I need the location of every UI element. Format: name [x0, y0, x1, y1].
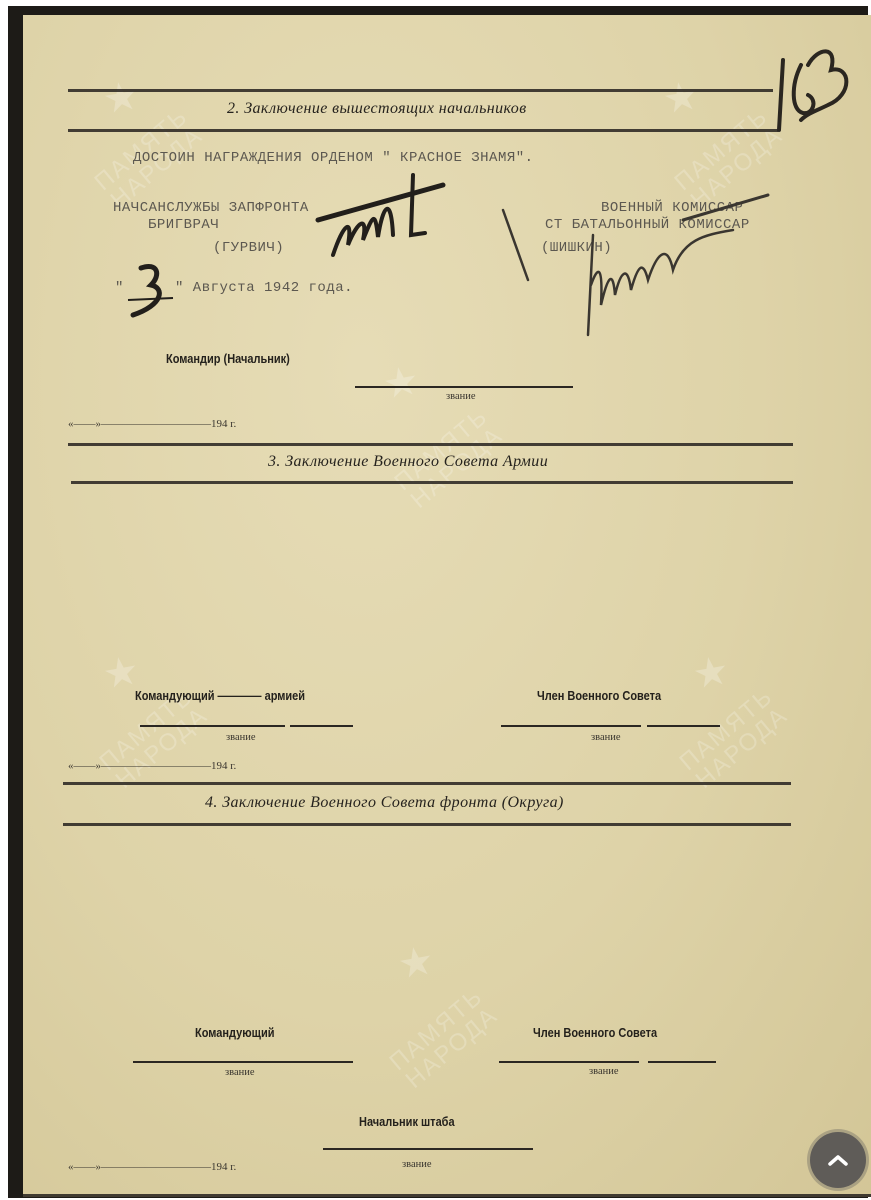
date-text: " Августа 1942 года. — [175, 280, 353, 296]
watermark-star-icon: ★ — [379, 357, 422, 409]
signature-gurvich — [313, 165, 463, 265]
rank-caption: звание — [589, 1066, 619, 1077]
date-template: «——»——————————194 г. — [68, 418, 236, 430]
rank-caption: звание — [226, 732, 256, 743]
scroll-to-top-button[interactable] — [810, 1132, 866, 1188]
watermark-star-icon: ★ — [659, 72, 702, 124]
document-page: ★ ПАМЯТЬ НАРОДА ★ ПАМЯТЬ НАРОДА ★ ПАМЯТЬ… — [23, 15, 871, 1197]
rank-caption: звание — [225, 1067, 255, 1078]
rank-caption: звание — [591, 732, 621, 743]
section-divider — [68, 129, 778, 132]
date-template: «——»——————————194 г. — [68, 1161, 236, 1173]
chevron-up-icon — [827, 1153, 849, 1167]
rank-caption: звание — [402, 1159, 432, 1170]
signature-line — [648, 1061, 716, 1063]
signature-line — [647, 725, 720, 727]
council-member-label: Член Военного Совета — [537, 689, 661, 703]
watermark-star-icon: ★ — [99, 72, 142, 124]
section-divider — [68, 89, 773, 92]
signer-left-name: (ГУРВИЧ) — [213, 240, 284, 256]
section-divider — [63, 823, 791, 826]
section4-heading: 4. Заключение Военного Совета фронта (Ок… — [205, 794, 564, 812]
army-commander-label: Командующий ———— армией — [135, 689, 305, 703]
watermark-star-icon: ★ — [689, 647, 732, 699]
signature-line — [140, 725, 285, 727]
chief-of-staff-label: Начальник штаба — [359, 1115, 455, 1129]
document-frame: ★ ПАМЯТЬ НАРОДА ★ ПАМЯТЬ НАРОДА ★ ПАМЯТЬ… — [8, 6, 868, 1198]
watermark: ПАМЯТЬ НАРОДА — [676, 684, 793, 793]
commander-label: Командир (Начальник) — [166, 352, 290, 366]
signature-shishkin — [503, 195, 763, 345]
handwritten-page-number — [763, 35, 853, 135]
signature-line — [133, 1061, 353, 1063]
typed-conclusion: ДОСТОИН НАГРАЖДЕНИЯ ОРДЕНОМ " КРАСНОЕ ЗН… — [133, 150, 534, 166]
signature-line — [501, 725, 641, 727]
front-council-member-label: Член Военного Совета — [533, 1026, 657, 1040]
section-divider — [71, 481, 793, 484]
signature-line — [290, 725, 353, 727]
signature-line — [499, 1061, 639, 1063]
section-divider — [63, 782, 791, 785]
signer-left-position: НАЧСАНСЛУЖБЫ ЗАПФРОНТА — [113, 200, 309, 216]
section-divider — [68, 443, 793, 446]
date-template: «——»——————————194 г. — [68, 760, 236, 772]
signature-line — [355, 386, 573, 388]
section3-heading: 3. Заключение Военного Совета Армии — [268, 453, 548, 471]
signer-left-rank: БРИГВРАЧ — [148, 217, 219, 233]
watermark: ПАМЯТЬ НАРОДА — [386, 984, 503, 1093]
page-bottom-edge — [23, 1194, 871, 1197]
handwritten-day — [123, 260, 183, 320]
section2-heading: 2. Заключение вышестоящих начальников — [227, 100, 527, 118]
signature-line — [323, 1148, 533, 1150]
rank-caption: звание — [446, 391, 476, 402]
watermark-star-icon: ★ — [394, 937, 437, 989]
front-commander-label: Командующий — [195, 1026, 274, 1040]
